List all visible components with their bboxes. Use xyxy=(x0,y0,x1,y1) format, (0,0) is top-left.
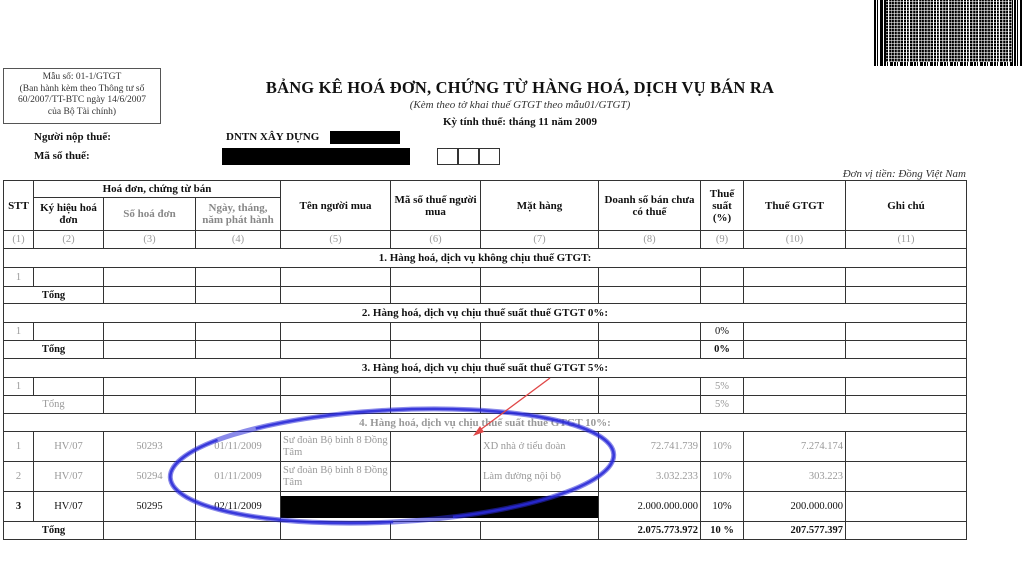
cell-vat: 200.000.000 xyxy=(744,492,846,522)
currency-unit: Đơn vị tiền: Đồng Việt Nam xyxy=(780,168,966,180)
invoice-table: STT Hoá đơn, chứng từ bán Tên người mua … xyxy=(3,180,967,540)
cell-stt: 1 xyxy=(4,378,34,396)
cell-date: 01/11/2009 xyxy=(196,432,281,462)
colnum-1: (1) xyxy=(4,231,34,249)
redacted-tax-code xyxy=(222,148,410,165)
table-row: 1 0% xyxy=(4,323,967,341)
cell-vat: 7.274.174 xyxy=(744,432,846,462)
tax-period: Kỳ tính thuế: tháng 11 năm 2009 xyxy=(260,116,780,128)
colnum-2: (2) xyxy=(34,231,104,249)
section-header: 3. Hàng hoá, dịch vụ chịu thuế suất thuế… xyxy=(4,359,967,378)
section-header: 1. Hàng hoá, dịch vụ không chịu thuế GTG… xyxy=(4,249,967,268)
total-row: Tổng 0% xyxy=(4,341,967,359)
page-title: BẢNG KÊ HOÁ ĐƠN, CHỨNG TỪ HÀNG HOÁ, DỊCH… xyxy=(260,78,780,98)
cell-revenue xyxy=(599,268,701,287)
tax-code-box-2 xyxy=(458,148,479,165)
redacted-name xyxy=(330,131,400,144)
cell-stt: 3 xyxy=(4,492,34,522)
tax-code-box-1 xyxy=(437,148,458,165)
colnum-4: (4) xyxy=(196,231,281,249)
total-rate: 0% xyxy=(701,341,744,359)
cell-note xyxy=(846,268,967,287)
table-row: 2 HV/07 50294 01/11/2009 Sư đoàn Bộ binh… xyxy=(4,462,967,492)
table-row: 3 HV/07 50295 02/11/2009 2.000.000.000 1… xyxy=(4,492,967,522)
section-3-title: 3. Hàng hoá, dịch vụ chịu thuế suất thuế… xyxy=(4,359,967,378)
cell-number xyxy=(104,268,196,287)
col-symbol: Ký hiệu hoá đơn xyxy=(34,198,104,231)
cell-buyer-tax xyxy=(391,432,481,462)
cell-date xyxy=(196,268,281,287)
cell-rate xyxy=(701,268,744,287)
cell-number: 50293 xyxy=(104,432,196,462)
cell-stt: 1 xyxy=(4,432,34,462)
cell-number: 50295 xyxy=(104,492,196,522)
cell-rate: 0% xyxy=(701,323,744,341)
tax-code-box-3 xyxy=(479,148,500,165)
total-rate: 10 % xyxy=(701,522,744,540)
cell-symbol: HV/07 xyxy=(34,462,104,492)
page-subtitle: (Kèm theo tờ khai thuế GTGT theo mẫu01/G… xyxy=(260,99,780,111)
cell-number: 50294 xyxy=(104,462,196,492)
barcode xyxy=(874,0,1022,66)
cell-vat xyxy=(744,268,846,287)
total-vat: 207.577.397 xyxy=(744,522,846,540)
cell-date: 02/11/2009 xyxy=(196,492,281,522)
col-group-invoice: Hoá đơn, chứng từ bán xyxy=(34,181,281,198)
col-number: Số hoá đơn xyxy=(104,198,196,231)
col-buyer: Tên người mua xyxy=(281,181,391,231)
cell-stt: 2 xyxy=(4,462,34,492)
taxpayer-name: DNTN XÂY DỰNG xyxy=(226,131,319,143)
total-revenue: 2.075.773.972 xyxy=(599,522,701,540)
col-date: Ngày, tháng, năm phát hành xyxy=(196,198,281,231)
tax-code-label: Mã số thuế: xyxy=(34,150,90,162)
colnum-6: (6) xyxy=(391,231,481,249)
redacted-buyer xyxy=(281,492,599,522)
cell-note xyxy=(846,432,967,462)
section-header: 2. Hàng hoá, dịch vụ chịu thuế suất thuế… xyxy=(4,304,967,323)
col-item: Mặt hàng xyxy=(481,181,599,231)
cell-rate: 10% xyxy=(701,492,744,522)
table-row: 1 xyxy=(4,268,967,287)
section-4-title: 4. Hàng hoá, dịch vụ chịu thuế suất thuế… xyxy=(4,414,967,432)
colnum-10: (10) xyxy=(744,231,846,249)
colnum-11: (11) xyxy=(846,231,967,249)
colnum-3: (3) xyxy=(104,231,196,249)
colnum-5: (5) xyxy=(281,231,391,249)
form-info-box: Mẫu số: 01-1/GTGT (Ban hành kèm theo Thô… xyxy=(3,68,161,124)
section-2-title: 2. Hàng hoá, dịch vụ chịu thuế suất thuế… xyxy=(4,304,967,323)
cell-note xyxy=(846,462,967,492)
form-note-2: 60/2007/TT-BTC ngày 14/6/2007 xyxy=(4,95,160,107)
colnum-8: (8) xyxy=(599,231,701,249)
cell-rate: 10% xyxy=(701,462,744,492)
cell-symbol: HV/07 xyxy=(34,432,104,462)
column-number-row: (1) (2) (3) (4) (5) (6) (7) (8) (9) (10)… xyxy=(4,231,967,249)
form-number: Mẫu số: 01-1/GTGT xyxy=(4,72,160,84)
total-row: Tổng xyxy=(4,287,967,304)
cell-stt: 1 xyxy=(4,323,34,341)
cell-item xyxy=(481,268,599,287)
cell-symbol: HV/07 xyxy=(34,492,104,522)
col-note: Ghi chú xyxy=(846,181,967,231)
cell-item: Làm đường nội bộ xyxy=(481,462,599,492)
cell-rate: 5% xyxy=(701,378,744,396)
total-row: Tổng 5% xyxy=(4,396,967,414)
cell-stt: 1 xyxy=(4,268,34,287)
col-stt: STT xyxy=(4,181,34,231)
colnum-7: (7) xyxy=(481,231,599,249)
cell-item: XD nhà ở tiểu đoàn xyxy=(481,432,599,462)
cell-buyer: Sư đoàn Bộ binh 8 Đồng Tâm xyxy=(281,432,391,462)
total-label: Tổng xyxy=(4,341,104,359)
taxpayer-label: Người nộp thuế: xyxy=(34,131,111,143)
table-row: 1 HV/07 50293 01/11/2009 Sư đoàn Bộ binh… xyxy=(4,432,967,462)
total-rate: 5% xyxy=(701,396,744,414)
cell-buyer-tax xyxy=(391,462,481,492)
cell-revenue: 2.000.000.000 xyxy=(599,492,701,522)
col-buyer-tax: Mã số thuế người mua xyxy=(391,181,481,231)
cell-buyer-tax xyxy=(391,268,481,287)
form-note-1: (Ban hành kèm theo Thông tư số xyxy=(4,84,160,96)
col-vat: Thuế GTGT xyxy=(744,181,846,231)
cell-revenue: 72.741.739 xyxy=(599,432,701,462)
cell-buyer xyxy=(281,268,391,287)
cell-symbol xyxy=(34,268,104,287)
cell-vat: 303.223 xyxy=(744,462,846,492)
total-label: Tổng xyxy=(4,287,104,304)
section-header: 4. Hàng hoá, dịch vụ chịu thuế suất thuế… xyxy=(4,414,967,432)
col-rate: Thuế suất (%) xyxy=(701,181,744,231)
cell-rate: 10% xyxy=(701,432,744,462)
cell-note xyxy=(846,492,967,522)
table-row: 1 5% xyxy=(4,378,967,396)
col-revenue: Doanh số bán chưa có thuế xyxy=(599,181,701,231)
total-label: Tổng xyxy=(4,522,104,540)
section-1-title: 1. Hàng hoá, dịch vụ không chịu thuế GTG… xyxy=(4,249,967,268)
colnum-9: (9) xyxy=(701,231,744,249)
total-row: Tổng 2.075.773.972 10 % 207.577.397 xyxy=(4,522,967,540)
total-label: Tổng xyxy=(4,396,104,414)
cell-buyer: Sư đoàn Bộ binh 8 Đồng Tâm xyxy=(281,462,391,492)
cell-date: 01/11/2009 xyxy=(196,462,281,492)
form-note-3: của Bộ Tài chính) xyxy=(4,107,160,119)
cell-revenue: 3.032.233 xyxy=(599,462,701,492)
